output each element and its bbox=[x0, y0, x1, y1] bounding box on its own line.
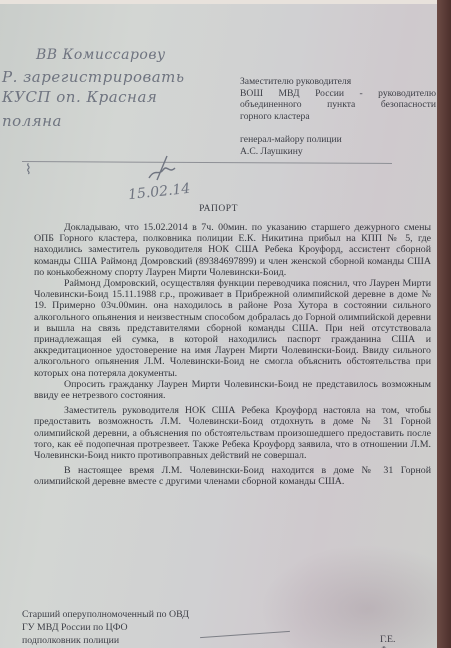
photo-shadow bbox=[260, 544, 437, 648]
report-paragraph: Заместитель руководителя НОК США Ребека … bbox=[34, 405, 431, 461]
report-paragraph: Опросить гражданку Лаурен Мирти Чолевинс… bbox=[34, 379, 431, 401]
signer-department: ГУ МВД России по ЦФО bbox=[22, 621, 189, 634]
signer-block: Старший оперуполномоченный по ОВД ГУ МВД… bbox=[22, 608, 189, 647]
document-title: РАПОРТ bbox=[0, 204, 437, 214]
report-paragraph: Докладываю, что 15.02.2014 в 7ч. 00мин. … bbox=[34, 222, 431, 278]
addressee-line: объединенного пункта безопасности bbox=[240, 99, 436, 111]
addressee-block: Заместителю руководителя ВОШ МВД России … bbox=[240, 76, 436, 157]
addressee-rank: генерал-майору полиции bbox=[240, 134, 436, 146]
addressee-line: ВОШ МВД России - руководителю bbox=[240, 88, 436, 100]
report-document: ВВ Комиссарову Р. зарегистрировать КУСП … bbox=[0, 4, 437, 648]
report-paragraph: В настоящее время Л.М. Чолевински-Боид н… bbox=[34, 465, 431, 487]
signer-position: Старший оперуполномоченный по ОВД bbox=[22, 608, 189, 621]
report-body: Докладываю, что 15.02.2014 в 7ч. 00мин. … bbox=[34, 222, 431, 488]
handwritten-resolution-line: КУСП оп. Красная bbox=[2, 90, 157, 105]
handwritten-resolution-line: Р. зарегистрировать bbox=[2, 70, 185, 85]
signer-rank: подполковник полиции bbox=[22, 634, 189, 647]
addressee-line: Заместителю руководителя bbox=[240, 76, 436, 88]
handwritten-resolution-line: поляна bbox=[2, 114, 62, 129]
addressee-name: А.С. Лаушкину bbox=[240, 146, 436, 158]
report-paragraph: Раймонд Домровский, осуществляя функции … bbox=[34, 278, 431, 379]
visa-signature-icon bbox=[145, 154, 185, 184]
resolution-underline bbox=[22, 161, 392, 164]
handwritten-mark-icon: ⌇ bbox=[25, 162, 32, 178]
visa-date: 15.02.14 bbox=[127, 181, 191, 203]
addressee-line: горного кластера bbox=[240, 111, 436, 123]
photo-background-edge bbox=[437, 0, 451, 648]
handwritten-resolution-line: ВВ Комиссарову bbox=[36, 48, 166, 62]
